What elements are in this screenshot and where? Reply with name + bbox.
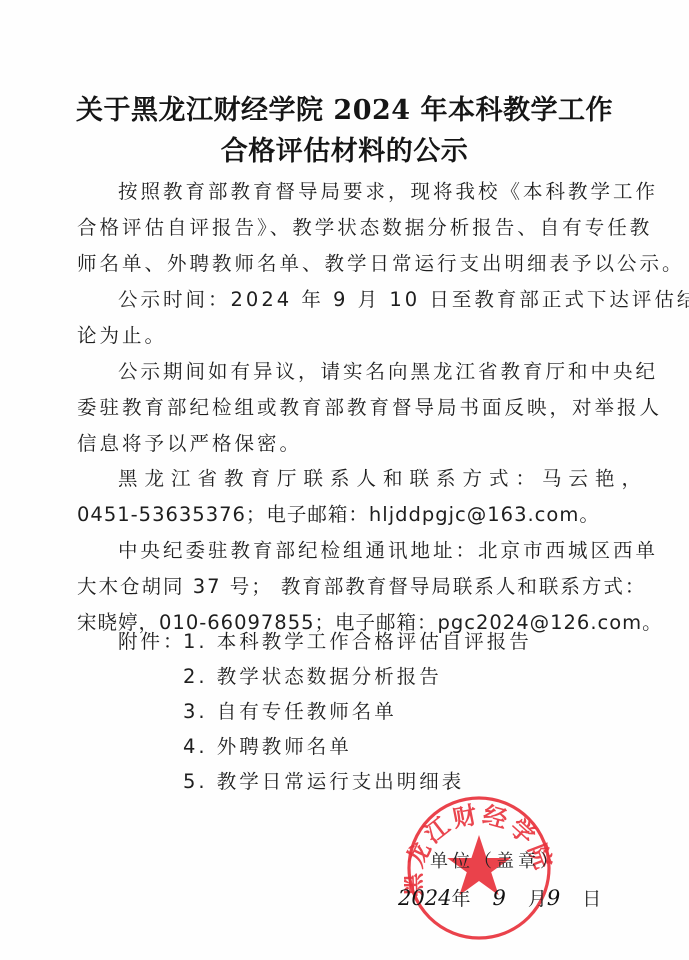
paragraph-5-line-2: 大木仓胡同 37 号； 教育部教育督导局联系人和联系方式： <box>77 575 632 599</box>
document-title-line-2: 合格评估材料的公示 <box>0 129 689 168</box>
paragraph-3-line-3: 信息将予以严格保密。 <box>77 432 632 456</box>
attachment-item-5: 5. 教学日常运行支出明细表 <box>183 770 464 794</box>
unit-seal-label: 单位（盖章） <box>430 847 562 873</box>
paragraph-1-line-2: 合格评估自评报告》、教学状态数据分析报告、自有专任教 <box>77 216 632 240</box>
date-year-handwritten: 2024 <box>398 886 451 910</box>
paragraph-1-line-1: 按照教育部教育督导局要求，现将我校《本科教学工作 <box>118 180 673 204</box>
document-page: 关于黑龙江财经学院 2024 年本科教学工作 合格评估材料的公示 按照教育部教育… <box>0 0 689 960</box>
attachment-item-3: 3. 自有专任教师名单 <box>183 700 397 724</box>
date-month-handwritten: 9 <box>492 886 505 910</box>
attachment-item-2: 2. 教学状态数据分析报告 <box>183 665 442 689</box>
paragraph-2-line-2: 论为止。 <box>77 324 632 348</box>
attachments-label: 附件： <box>118 630 186 654</box>
paragraph-3-line-2: 委驻教育部纪检组或教育部教育督导局书面反映，对举报人 <box>77 396 632 420</box>
date-day-handwritten: 9 <box>547 886 560 910</box>
paragraph-4-line-2: 0451-53635376；电子邮箱：hljddpgjc@163.com。 <box>77 503 632 527</box>
date-day-char: 日 <box>582 888 601 910</box>
paragraph-4-line-1: 黑龙江省教育厅联系人和联系方式：马云艳， <box>118 467 673 491</box>
paragraph-1-line-3: 师名单、外聘教师名单、教学日常运行支出明细表予以公示。 <box>77 252 632 276</box>
document-title-line-1: 关于黑龙江财经学院 2024 年本科教学工作 <box>0 88 689 127</box>
date-month-char: 月 <box>528 888 547 910</box>
paragraph-3-line-1: 公示期间如有异议，请实名向黑龙江省教育厅和中央纪 <box>118 360 673 384</box>
attachment-item-1: 1. 本科教学工作合格评估自评报告 <box>183 630 532 654</box>
attachment-item-4: 4. 外聘教师名单 <box>183 735 352 759</box>
paragraph-5-line-1: 中央纪委驻教育部纪检组通讯地址：北京市西城区西单 <box>118 539 673 563</box>
signature-date: 2024年9月9日 <box>398 884 601 911</box>
date-year-char: 年 <box>451 888 470 910</box>
paragraph-2-line-1: 公示时间：2024 年 9 月 10 日至教育部正式下达评估结 <box>118 288 673 312</box>
